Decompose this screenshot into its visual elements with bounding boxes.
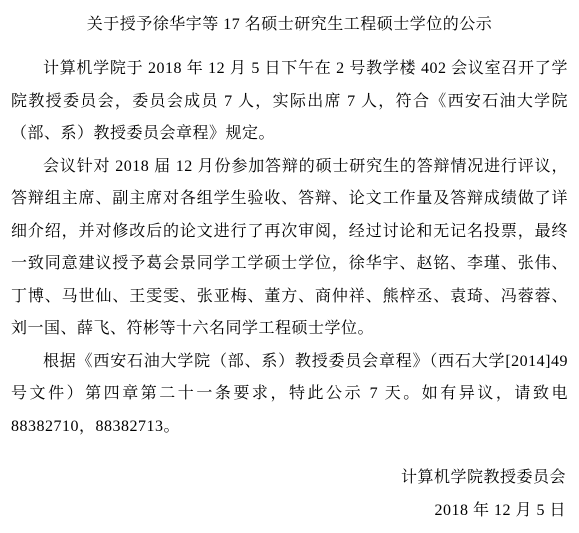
paragraph-public-notice: 根据《西安石油大学院（部、系）教授委员会章程》（西石大学[2014]49 号文件…	[11, 346, 568, 444]
paragraph-meeting-info: 计算机学院于 2018 年 12 月 5 日下午在 2 号教学楼 402 会议室…	[11, 53, 568, 151]
signature-block: 计算机学院教授委员会 2018 年 12 月 5 日	[0, 461, 579, 527]
document-title: 关于授予徐华宇等 17 名硕士研究生工程硕士学位的公示	[10, 14, 569, 35]
announcement-document: 关于授予徐华宇等 17 名硕士研究生工程硕士学位的公示 计算机学院于 2018 …	[0, 0, 579, 533]
signature-date: 2018 年 12 月 5 日	[0, 494, 566, 527]
document-body: 计算机学院于 2018 年 12 月 5 日下午在 2 号教学楼 402 会议室…	[0, 53, 579, 443]
signature-name: 计算机学院教授委员会	[0, 461, 566, 494]
paragraph-review-result: 会议针对 2018 届 12 月份参加答辩的硕士研究生的答辩情况进行评议，答辩组…	[11, 151, 568, 346]
